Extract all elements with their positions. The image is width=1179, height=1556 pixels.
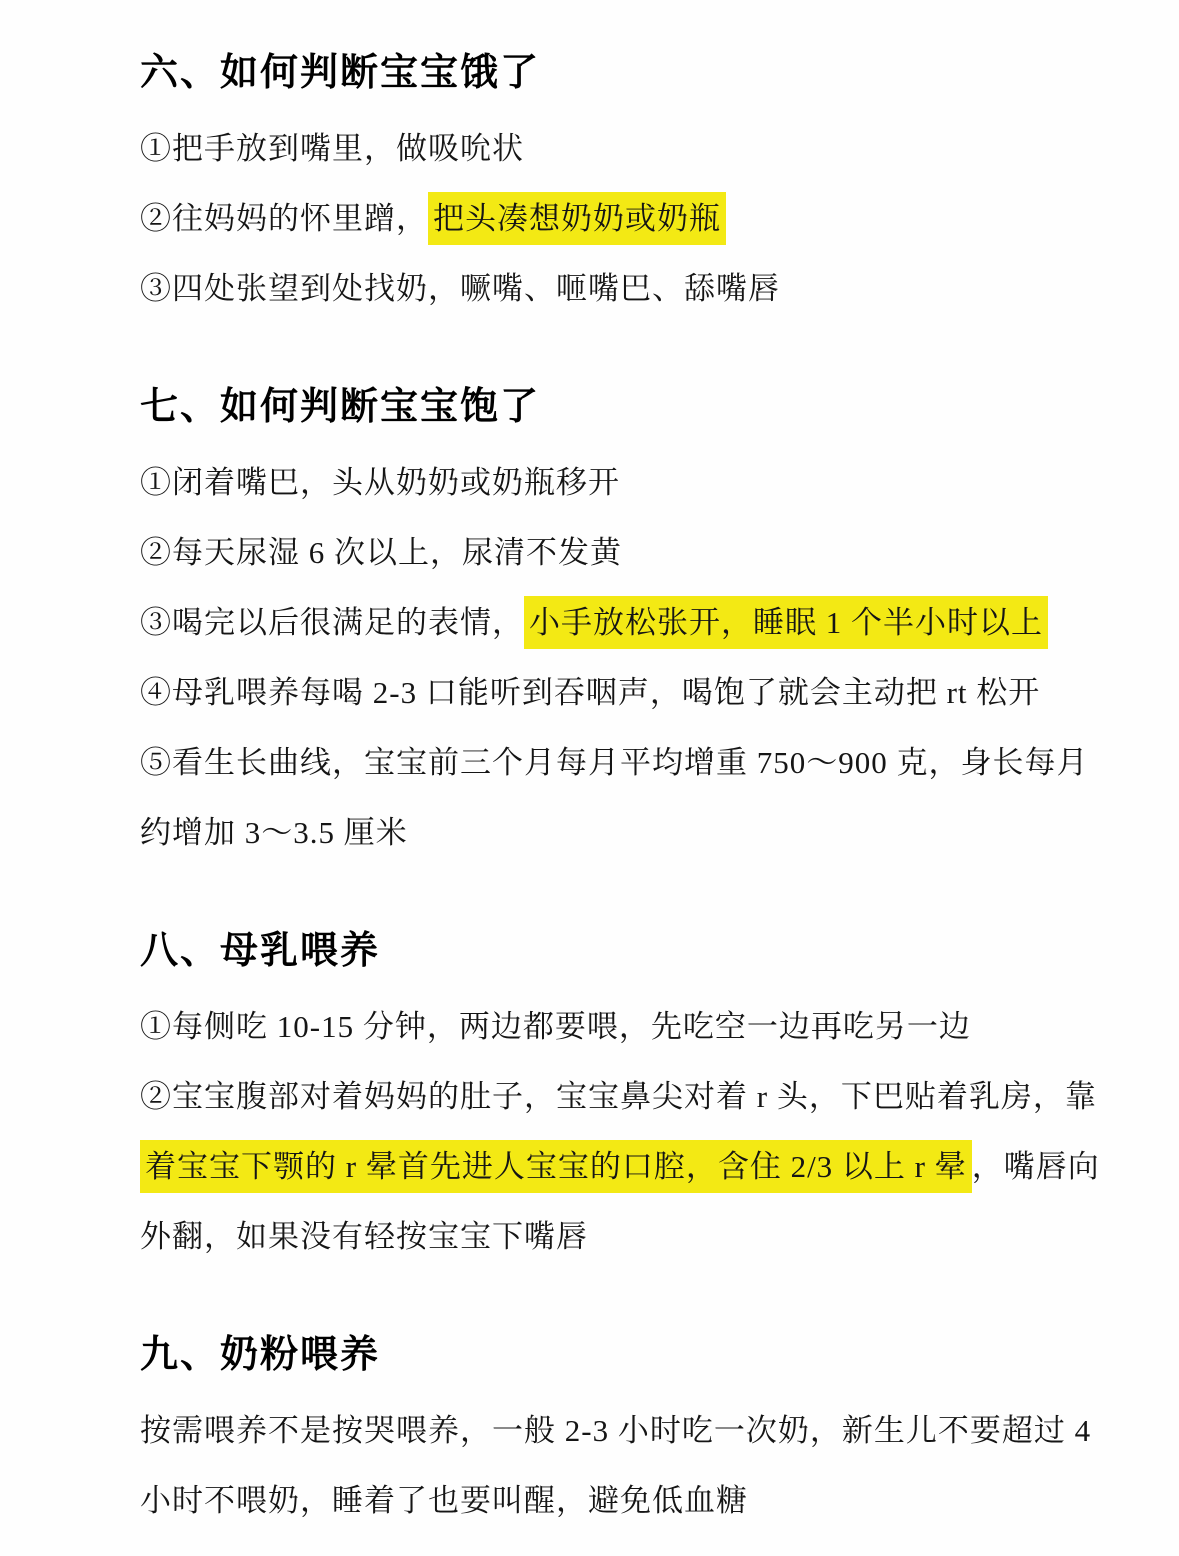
- highlighted-text: 着宝宝下颚的 r 晕首先进人宝宝的口腔，含住 2/3 以上 r 晕: [140, 1140, 972, 1193]
- section-lines: ①每侧吃 10-15 分钟，两边都要喂，先吃空一边再吃另一边②宝宝腹部对着妈妈的…: [140, 992, 1109, 1272]
- text-line: 外翻，如果没有轻按宝宝下嘴唇: [140, 1202, 1109, 1272]
- text-segment: ①把手放到嘴里，做吸吮状: [140, 131, 524, 166]
- text-segment: 按需喂养不是按哭喂养，一般 2-3 小时吃一次奶，新生儿不要超过 4: [140, 1413, 1091, 1448]
- text-segment: ⑤看生长曲线，宝宝前三个月每月平均增重 750～900 克，身长每月: [140, 745, 1089, 780]
- section-lines: ①把手放到嘴里，做吸吮状②往妈妈的怀里蹭，把头凑想奶奶或奶瓶③四处张望到处找奶，…: [140, 114, 1109, 324]
- sections: 六、如何判断宝宝饿了 ①把手放到嘴里，做吸吮状②往妈妈的怀里蹭，把头凑想奶奶或奶…: [140, 48, 1109, 1536]
- section: 六、如何判断宝宝饿了 ①把手放到嘴里，做吸吮状②往妈妈的怀里蹭，把头凑想奶奶或奶…: [140, 48, 1109, 324]
- highlighted-text: 把头凑想奶奶或奶瓶: [428, 192, 726, 245]
- text-segment: ②每天尿湿 6 次以上，尿清不发黄: [140, 535, 622, 570]
- text-line: ②每天尿湿 6 次以上，尿清不发黄: [140, 518, 1109, 588]
- section-lines: 按需喂养不是按哭喂养，一般 2-3 小时吃一次奶，新生儿不要超过 4小时不喂奶，…: [140, 1396, 1109, 1536]
- text-line: ③四处张望到处找奶，噘嘴、咂嘴巴、舔嘴唇: [140, 254, 1109, 324]
- text-line: ①每侧吃 10-15 分钟，两边都要喂，先吃空一边再吃另一边: [140, 992, 1109, 1062]
- text-segment: ③四处张望到处找奶，噘嘴、咂嘴巴、舔嘴唇: [140, 271, 780, 306]
- text-line: ⑤看生长曲线，宝宝前三个月每月平均增重 750～900 克，身长每月: [140, 728, 1109, 798]
- text-segment: 小时不喂奶，睡着了也要叫醒，避免低血糖: [140, 1483, 748, 1518]
- text-line: ②宝宝腹部对着妈妈的肚子，宝宝鼻尖对着 r 头，下巴贴着乳房，靠: [140, 1062, 1109, 1132]
- text-line: 小时不喂奶，睡着了也要叫醒，避免低血糖: [140, 1466, 1109, 1536]
- text-segment: 约增加 3～3.5 厘米: [140, 815, 408, 850]
- text-segment: ①闭着嘴巴，头从奶奶或奶瓶移开: [140, 465, 620, 500]
- text-segment: ④母乳喂养每喝 2-3 口能听到吞咽声，喝饱了就会主动把 rt 松开: [140, 675, 1040, 710]
- section: 八、母乳喂养 ①每侧吃 10-15 分钟，两边都要喂，先吃空一边再吃另一边②宝宝…: [140, 926, 1109, 1272]
- document-page: 六、如何判断宝宝饿了 ①把手放到嘴里，做吸吮状②往妈妈的怀里蹭，把头凑想奶奶或奶…: [0, 0, 1179, 1556]
- section-title: 九、奶粉喂养: [140, 1330, 1109, 1380]
- text-segment: ，嘴唇向: [972, 1149, 1100, 1184]
- text-line: 约增加 3～3.5 厘米: [140, 798, 1109, 868]
- section-title: 六、如何判断宝宝饿了: [140, 48, 1109, 98]
- section: 七、如何判断宝宝饱了 ①闭着嘴巴，头从奶奶或奶瓶移开②每天尿湿 6 次以上，尿清…: [140, 382, 1109, 868]
- text-line: ①把手放到嘴里，做吸吮状: [140, 114, 1109, 184]
- text-line: ③喝完以后很满足的表情，小手放松张开，睡眠 1 个半小时以上: [140, 588, 1109, 658]
- section-title: 八、母乳喂养: [140, 926, 1109, 976]
- text-line: ②往妈妈的怀里蹭，把头凑想奶奶或奶瓶: [140, 184, 1109, 254]
- text-line: 着宝宝下颚的 r 晕首先进人宝宝的口腔，含住 2/3 以上 r 晕，嘴唇向: [140, 1132, 1109, 1202]
- section-lines: ①闭着嘴巴，头从奶奶或奶瓶移开②每天尿湿 6 次以上，尿清不发黄③喝完以后很满足…: [140, 448, 1109, 868]
- text-segment: ③喝完以后很满足的表情，: [140, 605, 524, 640]
- highlighted-text: 小手放松张开，睡眠 1 个半小时以上: [524, 596, 1048, 649]
- text-line: ④母乳喂养每喝 2-3 口能听到吞咽声，喝饱了就会主动把 rt 松开: [140, 658, 1109, 728]
- text-segment: ①每侧吃 10-15 分钟，两边都要喂，先吃空一边再吃另一边: [140, 1009, 971, 1044]
- section-title: 七、如何判断宝宝饱了: [140, 382, 1109, 432]
- text-line: 按需喂养不是按哭喂养，一般 2-3 小时吃一次奶，新生儿不要超过 4: [140, 1396, 1109, 1466]
- text-line: ①闭着嘴巴，头从奶奶或奶瓶移开: [140, 448, 1109, 518]
- text-segment: ②宝宝腹部对着妈妈的肚子，宝宝鼻尖对着 r 头，下巴贴着乳房，靠: [140, 1079, 1097, 1114]
- text-segment: ②往妈妈的怀里蹭，: [140, 201, 428, 236]
- text-segment: 外翻，如果没有轻按宝宝下嘴唇: [140, 1219, 588, 1254]
- section: 九、奶粉喂养 按需喂养不是按哭喂养，一般 2-3 小时吃一次奶，新生儿不要超过 …: [140, 1330, 1109, 1536]
